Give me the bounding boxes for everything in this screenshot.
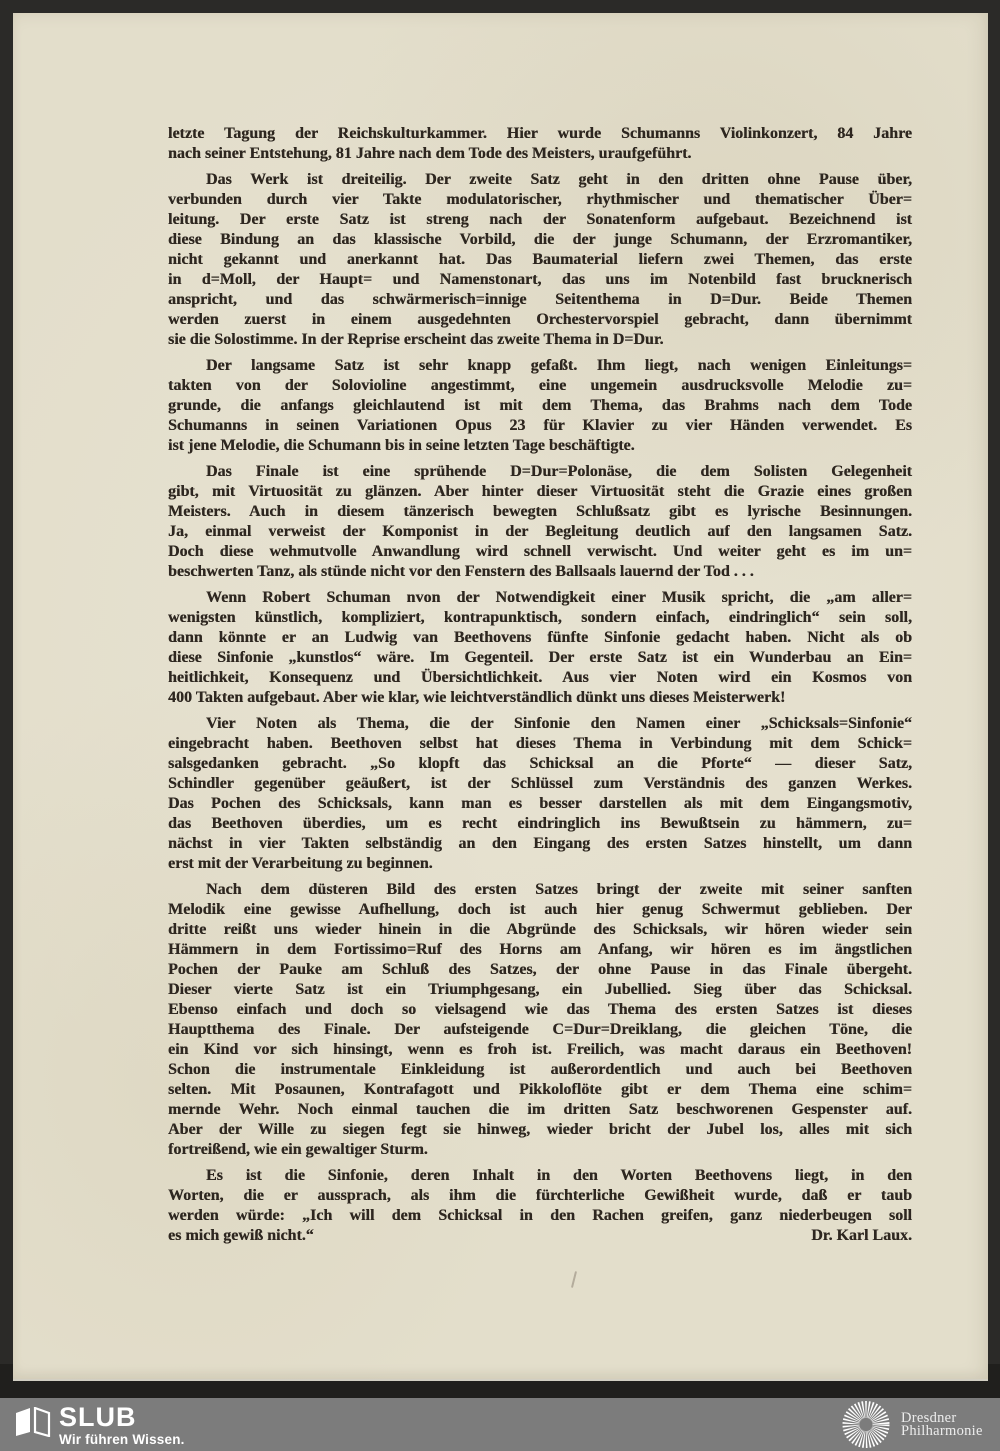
- text-line: Schon die instrumentale Einkleidung ist …: [168, 1060, 912, 1080]
- stray-pencil-mark: [571, 1271, 577, 1288]
- text-line: letzte Tagung der Reichskulturkammer. Hi…: [168, 124, 912, 144]
- text-line: ein Kind vor sich hinsingt, wenn es froh…: [168, 1040, 912, 1060]
- text-line: beschwerten Tanz, als stünde nicht vor d…: [168, 562, 912, 582]
- text-line: Vier Noten als Thema, die der Sinfonie d…: [168, 714, 912, 734]
- text-line: Hämmern in dem Fortissimo=Ruf des Horns …: [168, 940, 912, 960]
- text-line: in d=Moll, der Haupt= und Namenstonart, …: [168, 270, 912, 290]
- text-line: Nach dem düsteren Bild des ersten Satzes…: [168, 880, 912, 900]
- philharmonie-logo: Dresdner Philharmonie: [840, 1400, 983, 1449]
- paragraph: letzte Tagung der Reichskulturkammer. Hi…: [168, 124, 912, 164]
- text-line: 400 Takten aufgebaut. Aber wie klar, wie…: [168, 688, 912, 708]
- text-line: Ja, einmal verweist der Komponist in der…: [168, 522, 912, 542]
- text-line: salsgedanken gebracht. „So klopft das Sc…: [168, 754, 912, 774]
- text-line: es mich gewiß nicht.“Dr. Karl Laux.: [168, 1226, 912, 1246]
- slub-logo: SLUB Wir führen Wissen.: [15, 1404, 185, 1447]
- footer-bar: SLUB Wir führen Wissen. Dresdner Philhar…: [0, 1398, 1000, 1451]
- scanned-page: letzte Tagung der Reichskulturkammer. Hi…: [13, 13, 988, 1379]
- text-line: das Beethoven überdies, um es recht eind…: [168, 814, 912, 834]
- text-line: erst mit der Verarbeitung zu beginnen.: [168, 854, 912, 874]
- text-line: werden zuerst in einem ausgedehnten Orch…: [168, 310, 912, 330]
- paragraph: Wenn Robert Schuman nvon der Notwendigke…: [168, 588, 912, 708]
- text-line: anspricht, und das schwärmerisch=innige …: [168, 290, 912, 310]
- paragraph: Das Finale ist eine sprühende D=Dur=Polo…: [168, 462, 912, 582]
- text-line: Wenn Robert Schuman nvon der Notwendigke…: [168, 588, 912, 608]
- text-line: Dieser vierte Satz ist ein Triumphgesang…: [168, 980, 912, 1000]
- text-line: Es ist die Sinfonie, deren Inhalt in den…: [168, 1166, 912, 1186]
- text-line: verbunden durch vier Takte modulatorisch…: [168, 190, 912, 210]
- paragraph: Es ist die Sinfonie, deren Inhalt in den…: [168, 1166, 912, 1246]
- text-line: Ebenso einfach und doch so vielsagend wi…: [168, 1000, 912, 1020]
- paragraph: Vier Noten als Thema, die der Sinfonie d…: [168, 714, 912, 874]
- text-line: heitlichkeit, Konsequenz und Übersichtli…: [168, 668, 912, 688]
- slub-book-icon: [15, 1407, 51, 1437]
- text-line: Aber der Wille zu siegen fegt sie hinweg…: [168, 1120, 912, 1140]
- text-line: nach seiner Entstehung, 81 Jahre nach de…: [168, 144, 912, 164]
- slub-text: SLUB Wir führen Wissen.: [59, 1404, 185, 1447]
- text-line: ist jene Melodie, die Schumann bis in se…: [168, 436, 912, 456]
- text-line: gibt, mit Virtuosität zu glänzen. Aber h…: [168, 482, 912, 502]
- text-line: Pochen der Pauke am Schluß des Satzes, d…: [168, 960, 912, 980]
- text-line: Das Werk ist dreiteilig. Der zweite Satz…: [168, 170, 912, 190]
- paragraph: Das Werk ist dreiteilig. Der zweite Satz…: [168, 170, 912, 350]
- text-line: leitung. Der erste Satz ist streng nach …: [168, 210, 912, 230]
- text-line: diese Sinfonie „kunstlos“ wäre. Im Gegen…: [168, 648, 912, 668]
- text-line: Das Finale ist eine sprühende D=Dur=Polo…: [168, 462, 912, 482]
- text-line: grunde, die anfangs gleichlautend ist mi…: [168, 396, 912, 416]
- paragraph: Nach dem düsteren Bild des ersten Satzes…: [168, 880, 912, 1160]
- text-line: selten. Mit Posaunen, Kontrafagott und P…: [168, 1080, 912, 1100]
- slub-tagline: Wir führen Wissen.: [59, 1433, 185, 1447]
- text-line: nächst in vier Takten selbständig an den…: [168, 834, 912, 854]
- text-line: fortreißend, wie ein gewaltiger Sturm.: [168, 1140, 912, 1160]
- text-line: dritte reißt uns wieder hinein in die Ab…: [168, 920, 912, 940]
- scan-viewport: letzte Tagung der Reichskulturkammer. Hi…: [0, 0, 1000, 1451]
- text-line: dann könnte er an Ludwig van Beethovens …: [168, 628, 912, 648]
- philharmonie-text: Dresdner Philharmonie: [901, 1412, 983, 1437]
- text-line: sie die Solostimme. In der Reprise ersch…: [168, 330, 912, 350]
- text-line: Schindler gegenüber geäußert, ist der Sc…: [168, 774, 912, 794]
- text-line: eingebracht haben. Beethoven selbst hat …: [168, 734, 912, 754]
- text-line: Doch diese wehmutvolle Anwandlung wird s…: [168, 542, 912, 562]
- philharmonie-starburst-icon: [840, 1400, 892, 1449]
- text-line: Schumanns in seinen Variationen Opus 23 …: [168, 416, 912, 436]
- philharmonie-name-line2: Philharmonie: [901, 1425, 983, 1438]
- program-text: letzte Tagung der Reichskulturkammer. Hi…: [168, 124, 912, 1246]
- text-line: diese Bindung an das klassische Vorbild,…: [168, 230, 912, 250]
- text-line: nicht gekannt und anerkannt hat. Das Bau…: [168, 250, 912, 270]
- text-line: Hauptthema des Finale. Der aufsteigende …: [168, 1020, 912, 1040]
- text-line: Meisters. Auch in diesem tänzerisch bewe…: [168, 502, 912, 522]
- text-line: Worten, die er aussprach, als ihm die fü…: [168, 1186, 912, 1206]
- text-line: werden würde: „Ich will dem Schicksal in…: [168, 1206, 912, 1226]
- slub-wordmark: SLUB: [59, 1404, 185, 1431]
- author-signature: Dr. Karl Laux.: [811, 1226, 912, 1246]
- text-line: wenigsten künstlich, kompliziert, kontra…: [168, 608, 912, 628]
- text-line: takten von der Solovioline angestimmt, e…: [168, 376, 912, 396]
- text-line: Melodik eine gewisse Aufhellung, doch is…: [168, 900, 912, 920]
- paragraph: Der langsame Satz ist sehr knapp gefaßt.…: [168, 356, 912, 456]
- text-line: Der langsame Satz ist sehr knapp gefaßt.…: [168, 356, 912, 376]
- text-line: Das Pochen des Schicksals, kann man es b…: [168, 794, 912, 814]
- text-line: mernde Wehr. Noch einmal tauchen die im …: [168, 1100, 912, 1120]
